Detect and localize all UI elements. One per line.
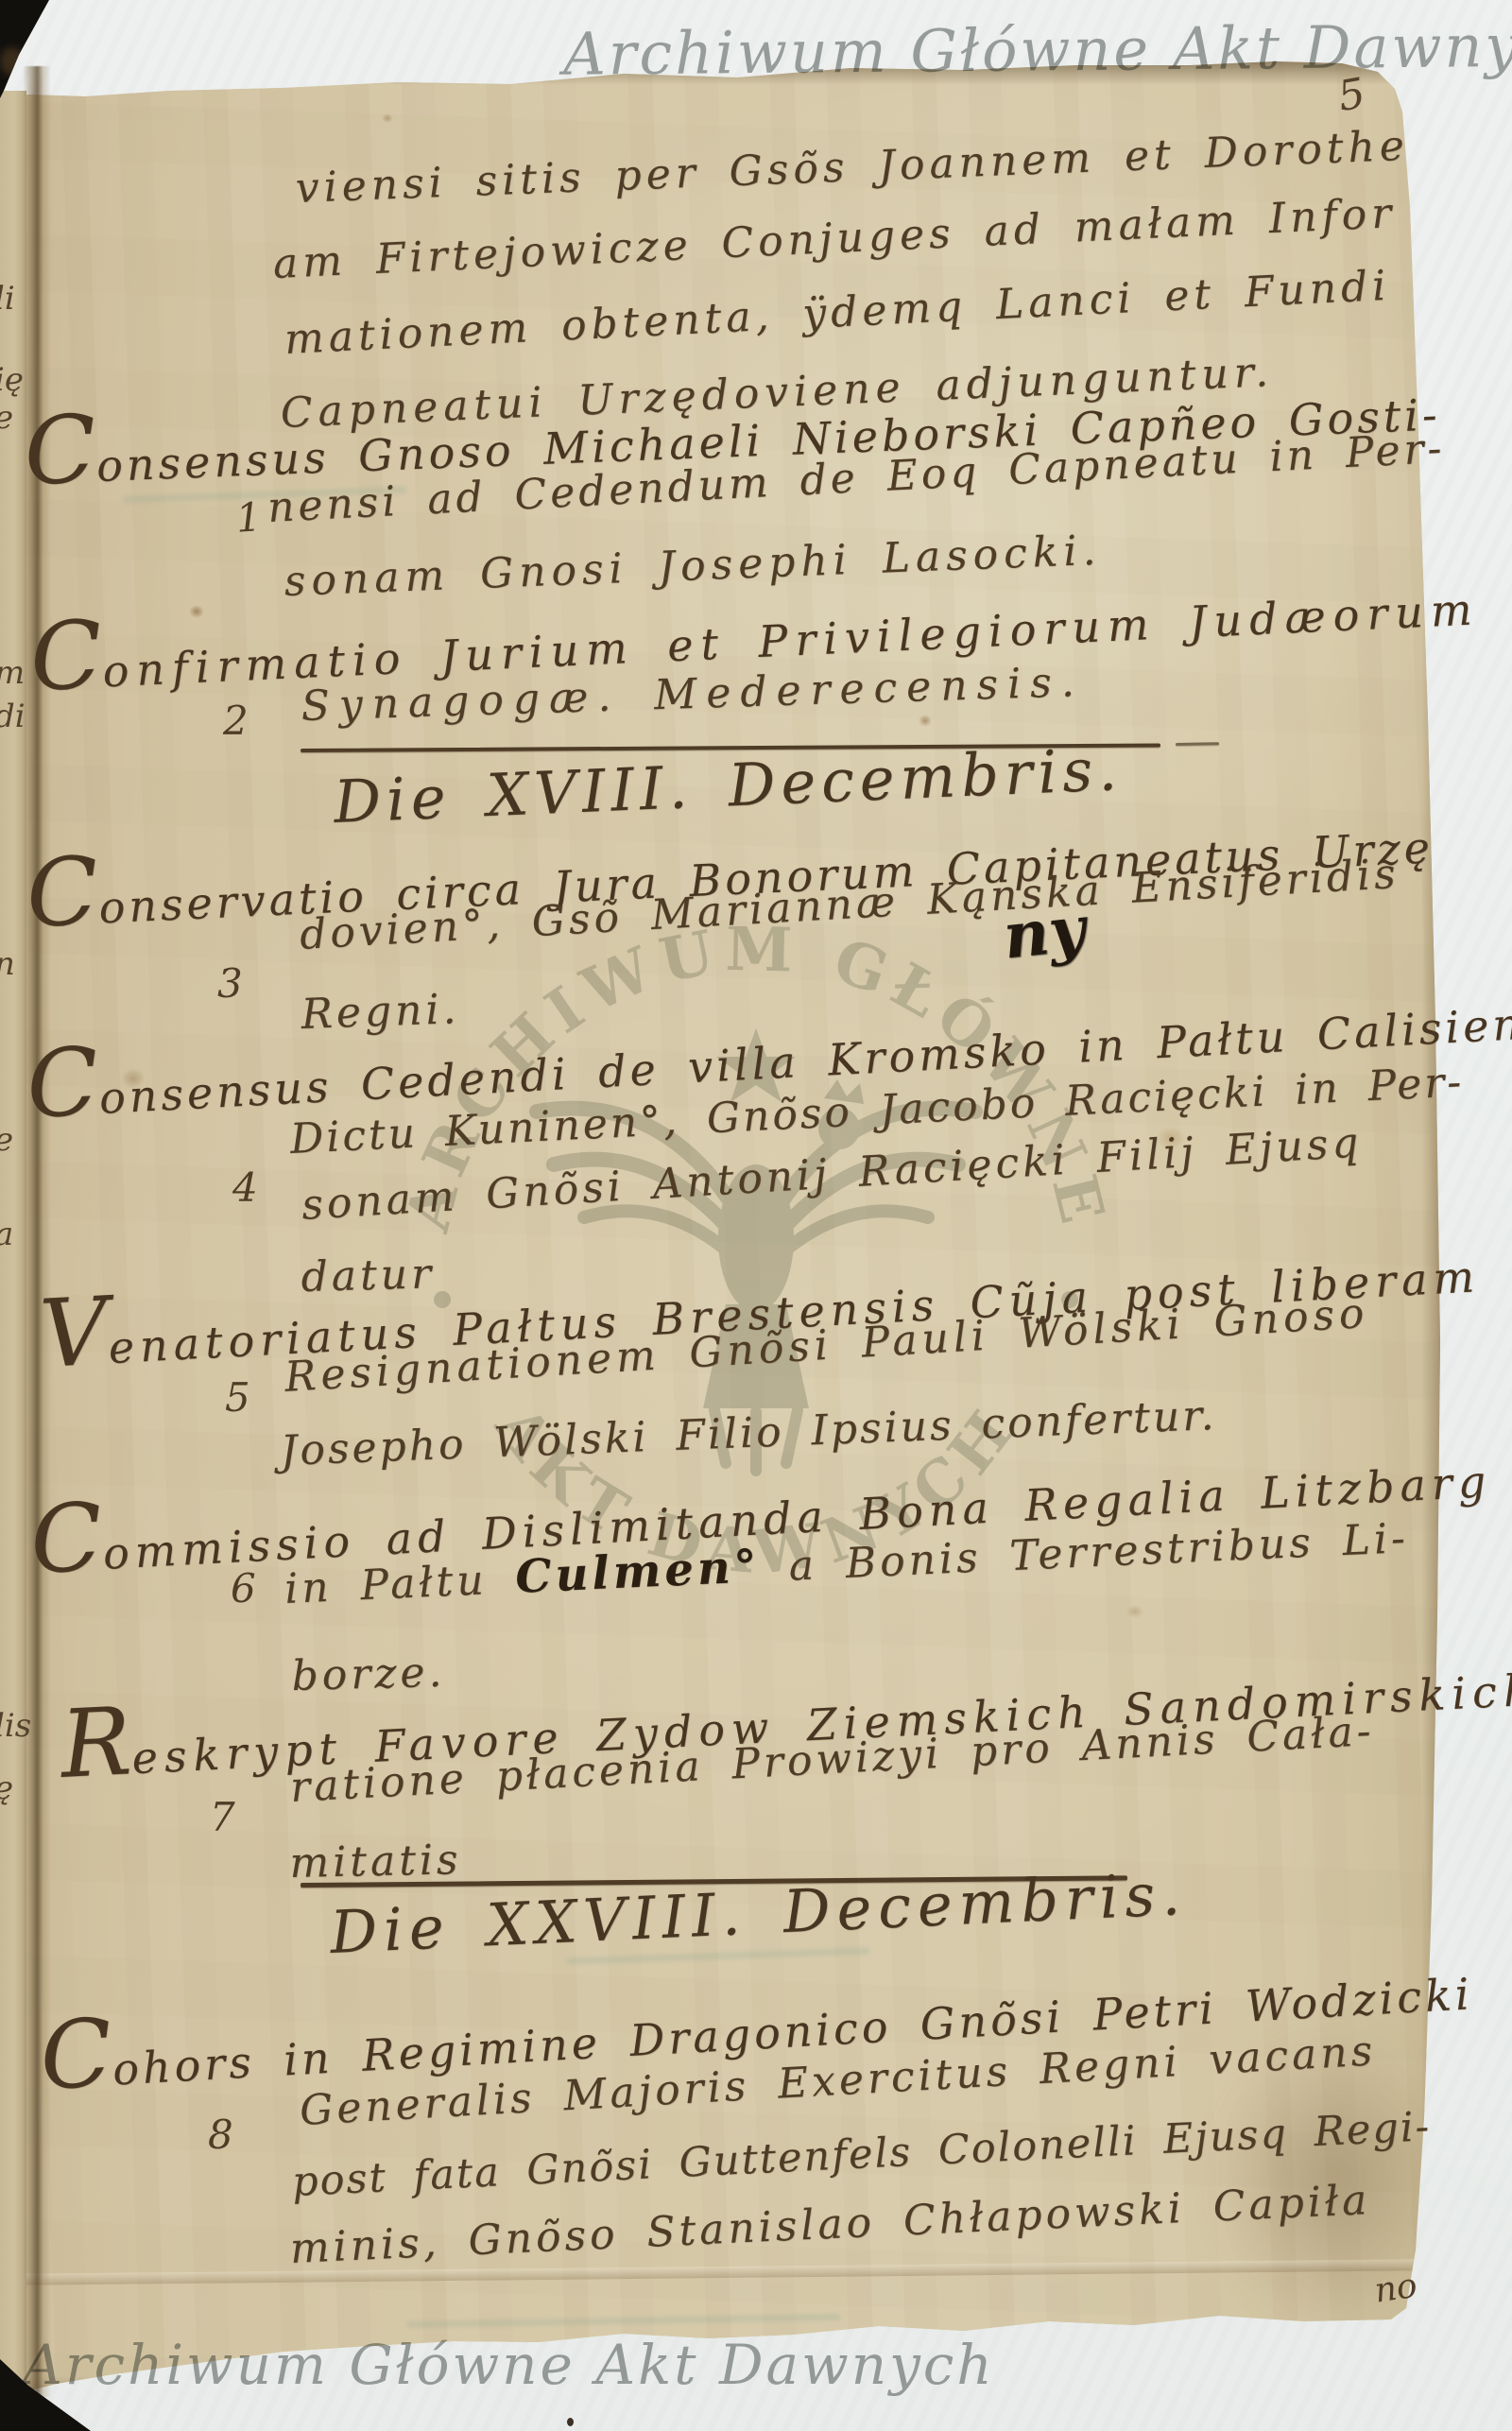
entry-number: 3 — [217, 960, 243, 1007]
entry-number: 8 — [208, 2112, 233, 2158]
margin-fragment: lis — [0, 1707, 31, 1745]
entry-number: 1 — [234, 493, 263, 542]
entry-number: 4 — [232, 1164, 258, 1211]
margin-fragment: n — [0, 945, 15, 983]
entry-number: 6 — [231, 1565, 256, 1612]
entry-number: 2 — [223, 698, 249, 744]
margin-fragment: ę — [0, 1769, 13, 1807]
entry-number: 5 — [225, 1374, 250, 1421]
margin-fragment: a — [0, 1215, 13, 1253]
entry-number: 7 — [210, 1794, 235, 1840]
margin-fragment: e — [0, 1121, 13, 1159]
bottom-watermark-text: Archiwum Główne Akt Dawnych — [23, 2333, 995, 2397]
top-watermark-text: Archiwum Główne Akt Dawnych — [563, 10, 1512, 89]
ink-correction-overlay: ny — [1000, 891, 1089, 974]
manuscript-scan: ARCHIWUM GŁÓWNE AKT DAWNYCH — [0, 0, 1512, 2431]
margin-fragment: li — [0, 280, 15, 318]
margin-fragment: e — [0, 399, 13, 437]
catchword: no — [1372, 2267, 1419, 2311]
margin-fragment: ię — [0, 361, 24, 399]
manuscript-line: mitatis — [289, 1839, 462, 1885]
line-segment-bold: Culmen° — [514, 1540, 762, 1604]
dust-speck — [567, 2418, 574, 2426]
margin-fragment: di — [0, 698, 26, 735]
margin-fragment: m — [0, 654, 25, 692]
